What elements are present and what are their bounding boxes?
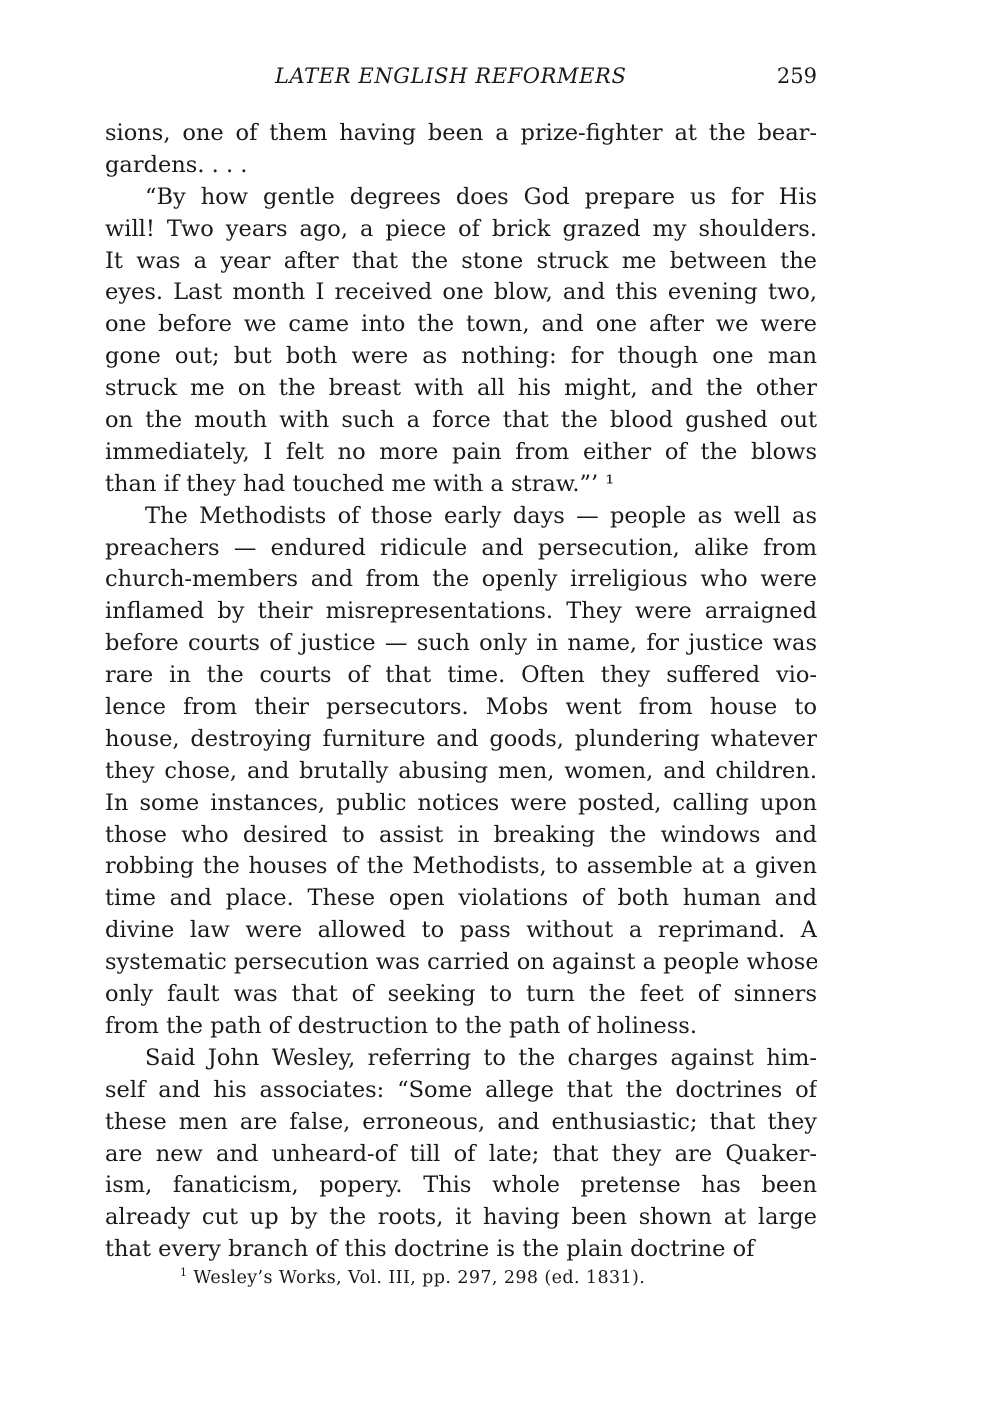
- paragraph: “By how gentle degrees does God prepare …: [105, 182, 817, 501]
- text-line: house, destroying furniture and goods, p…: [105, 724, 817, 756]
- text-line: that every branch of this doctrine is th…: [105, 1234, 817, 1266]
- text-line: on the mouth with such a force that the …: [105, 405, 817, 437]
- text-line: from the path of destruction to the path…: [105, 1011, 817, 1043]
- text-line: In some instances, public notices were p…: [105, 788, 817, 820]
- text-line: only fault was that of seeking to turn t…: [105, 979, 817, 1011]
- text-line: struck me on the breast with all his mig…: [105, 373, 817, 405]
- text-line: preachers — endured ridicule and persecu…: [105, 533, 817, 565]
- text-line: ism, fanaticism, popery. This whole pret…: [105, 1170, 817, 1202]
- body-text: sions, one of them having been a prize-f…: [105, 118, 817, 1266]
- text-line: they chose, and brutally abusing men, wo…: [105, 756, 817, 788]
- text-line: immediately, I felt no more pain from ei…: [105, 437, 817, 469]
- text-line: these men are false, erroneous, and enth…: [105, 1107, 817, 1139]
- text-line: sions, one of them having been a prize-f…: [105, 118, 817, 150]
- text-line: before courts of justice — such only in …: [105, 628, 817, 660]
- running-head: LATER ENGLISH REFORMERS 259: [105, 64, 817, 94]
- text-line: eyes. Last month I received one blow, an…: [105, 277, 817, 309]
- text-line: are new and unheard-of till of late; tha…: [105, 1139, 817, 1171]
- text-line: inflamed by their misrepresentations. Th…: [105, 596, 817, 628]
- text-line: gone out; but both were as nothing: for …: [105, 341, 817, 373]
- text-line: The Methodists of those early days — peo…: [105, 501, 817, 533]
- text-line: time and place. These open violations of…: [105, 883, 817, 915]
- text-line: divine law were allowed to pass without …: [105, 915, 817, 947]
- text-line: one before we came into the town, and on…: [105, 309, 817, 341]
- text-line: gardens. . . .: [105, 150, 817, 182]
- text-line: than if they had touched me with a straw…: [105, 469, 817, 501]
- book-page: LATER ENGLISH REFORMERS 259 sions, one o…: [0, 0, 1000, 1414]
- running-title: LATER ENGLISH REFORMERS: [275, 64, 626, 88]
- paragraph: sions, one of them having been a prize-f…: [105, 118, 817, 182]
- footnote-marker: 1: [180, 1266, 187, 1279]
- text-line: already cut up by the roots, it having b…: [105, 1202, 817, 1234]
- text-line: those who desired to assist in breaking …: [105, 820, 817, 852]
- paragraph: The Methodists of those early days — peo…: [105, 501, 817, 1043]
- text-line: will! Two years ago, a piece of brick gr…: [105, 214, 817, 246]
- footnote-text: Wesley’s Works, Vol. III, pp. 297, 298 (…: [193, 1268, 645, 1288]
- text-line: robbing the houses of the Methodists, to…: [105, 851, 817, 883]
- text-line: lence from their persecutors. Mobs went …: [105, 692, 817, 724]
- text-line: It was a year after that the stone struc…: [105, 246, 817, 278]
- text-line: self and his associates: “Some allege th…: [105, 1075, 817, 1107]
- footnote: 1 Wesley’s Works, Vol. III, pp. 297, 298…: [180, 1268, 645, 1288]
- text-line: “By how gentle degrees does God prepare …: [105, 182, 817, 214]
- text-line: church-members and from the openly irrel…: [105, 564, 817, 596]
- page-number: 259: [777, 64, 817, 88]
- text-line: rare in the courts of that time. Often t…: [105, 660, 817, 692]
- text-line: Said John Wesley, referring to the charg…: [105, 1043, 817, 1075]
- paragraph: Said John Wesley, referring to the charg…: [105, 1043, 817, 1266]
- text-line: systematic persecution was carried on ag…: [105, 947, 817, 979]
